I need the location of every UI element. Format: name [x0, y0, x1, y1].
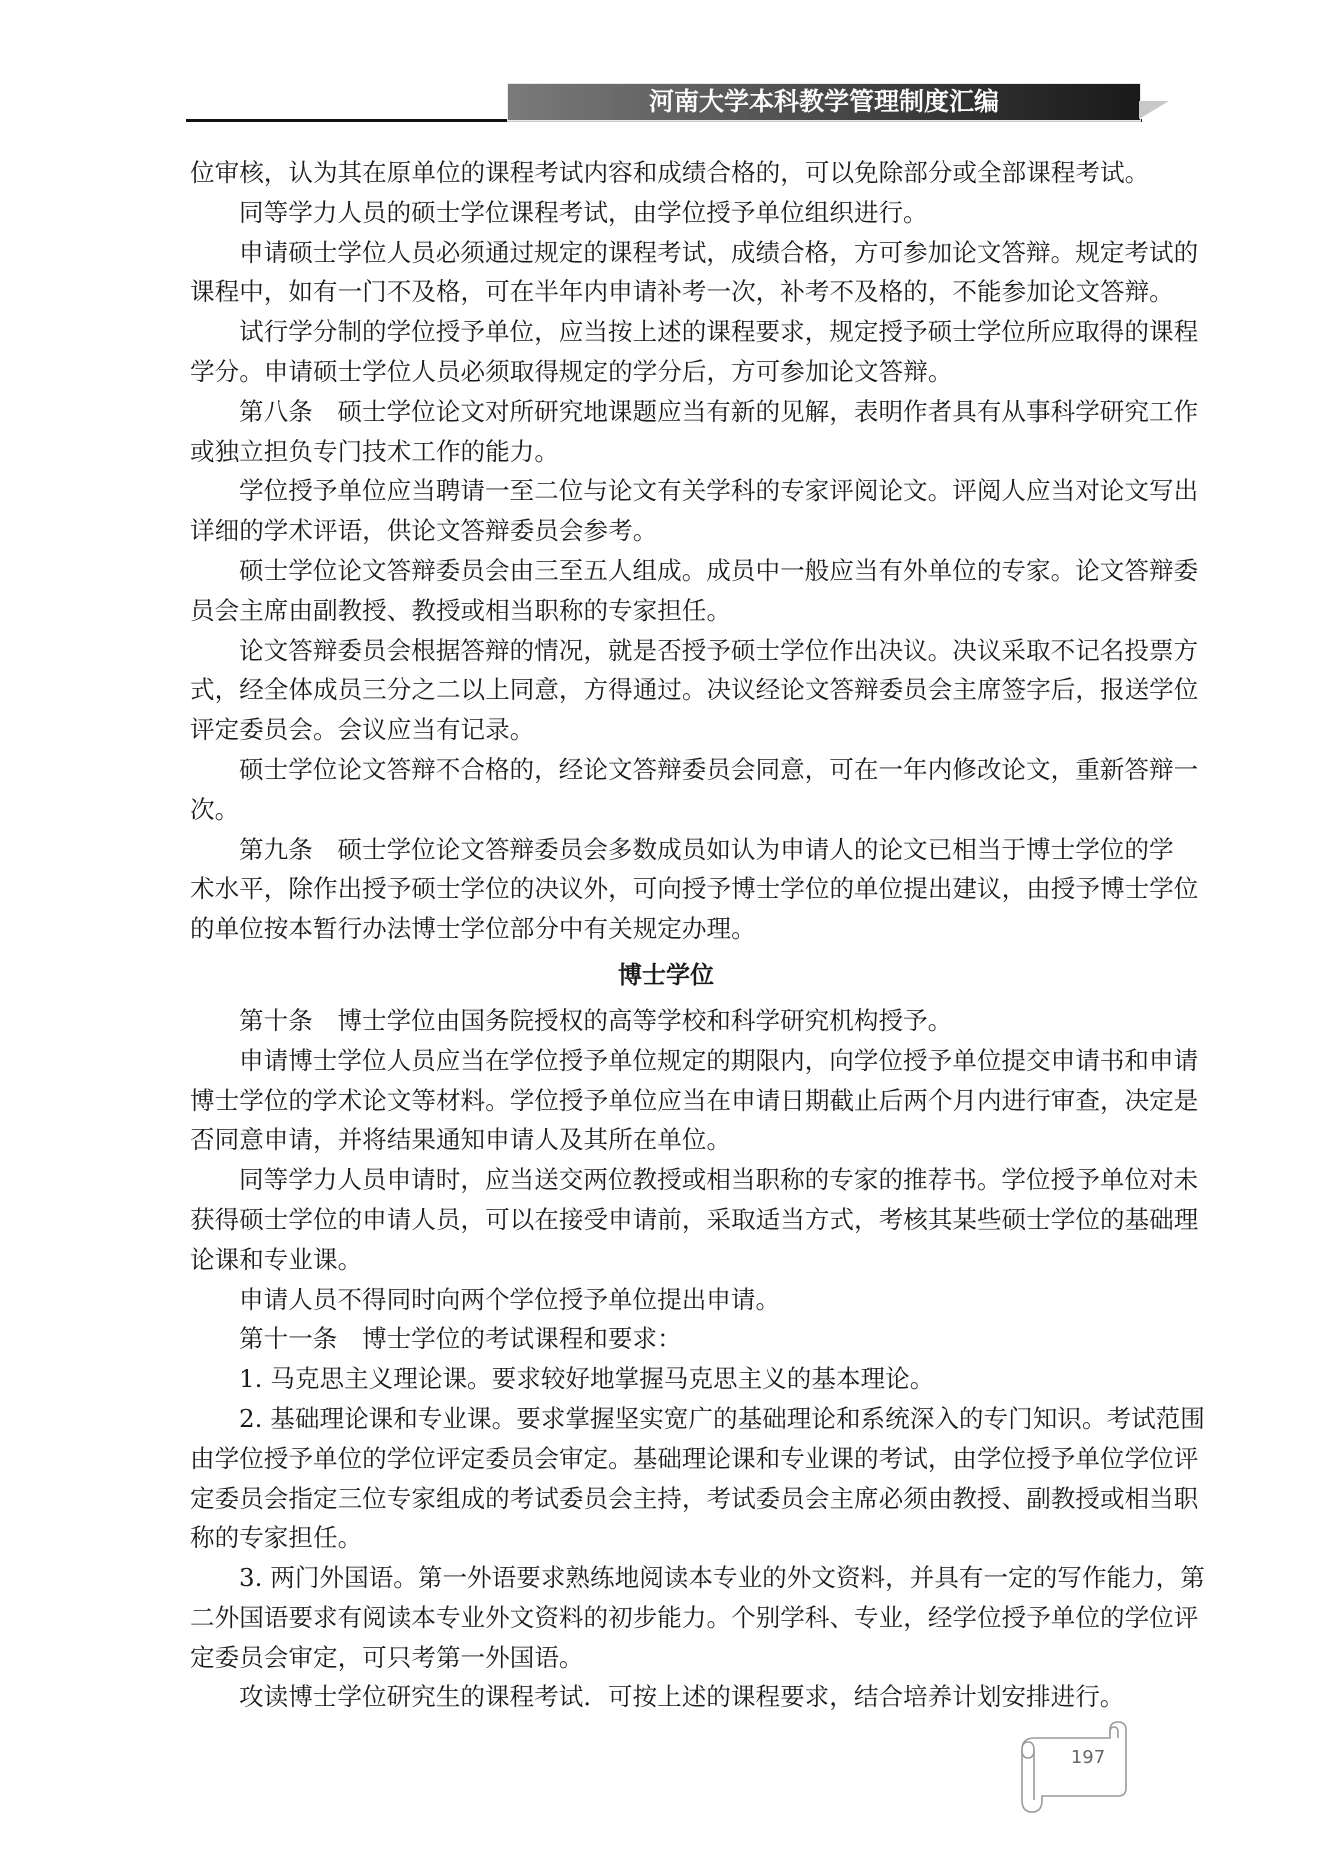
paragraph-line: 的单位按本暂行办法博士学位部分中有关规定办理。	[190, 909, 1144, 949]
paragraph-line: 次。	[190, 790, 1144, 830]
paragraph-line: 论文答辩委员会根据答辩的情况，就是否授予硕士学位作出决议。决议采取不记名投票方	[190, 631, 1144, 671]
paragraph-line: 硕士学位论文答辩不合格的，经论文答辩委员会同意，可在一年内修改论文，重新答辩一	[190, 750, 1144, 790]
paragraph-line: 术水平，除作出授予硕士学位的决议外，可向授予博士学位的单位提出建议，由授予博士学…	[190, 869, 1144, 909]
page-number: 197	[1046, 1738, 1130, 1778]
paragraph-line: 课程中，如有一门不及格，可在半年内申请补考一次，补考不及格的，不能参加论文答辩。	[190, 272, 1144, 312]
paragraph-line: 评定委员会。会议应当有记录。	[190, 710, 1144, 750]
header-banner: 河南大学本科教学管理制度汇编	[507, 83, 1141, 121]
paragraph-line: 详细的学术评语，供论文答辩委员会参考。	[190, 511, 1144, 551]
paragraph-line: 3. 两门外国语。第一外语要求熟练地阅读本专业的外文资料，并具有一定的写作能力，…	[190, 1558, 1144, 1598]
paragraph-line: 申请博士学位人员应当在学位授予单位规定的期限内，向学位授予单位提交申请书和申请	[190, 1041, 1144, 1081]
document-title: 河南大学本科教学管理制度汇编	[508, 88, 1140, 116]
paragraph-line: 同等学力人员的硕士学位课程考试，由学位授予单位组织进行。	[190, 193, 1144, 233]
paragraph-line: 定委员会审定，可只考第一外国语。	[190, 1638, 1144, 1678]
paragraph-line: 获得硕士学位的申请人员，可以在接受申请前，采取适当方式，考核其某些硕士学位的基础…	[190, 1200, 1144, 1240]
paragraph-line: 申请硕士学位人员必须通过规定的课程考试，成绩合格，方可参加论文答辩。规定考试的	[190, 233, 1144, 273]
banner-fold-icon	[1139, 101, 1169, 119]
paragraph-line: 第九条 硕士学位论文答辩委员会多数成员如认为申请人的论文已相当于博士学位的学	[190, 830, 1144, 870]
paragraph-line: 论课和专业课。	[190, 1240, 1144, 1280]
paragraph-line: 或独立担负专门技术工作的能力。	[190, 432, 1144, 472]
paragraph-line: 学位授予单位应当聘请一至二位与论文有关学科的专家评阅论文。评阅人应当对论文写出	[190, 471, 1144, 511]
paragraph-line: 攻读博士学位研究生的课程考试．可按上述的课程要求，结合培养计划安排进行。	[190, 1677, 1144, 1717]
paragraph-line: 称的专家担任。	[190, 1518, 1144, 1558]
paragraph-line: 试行学分制的学位授予单位，应当按上述的课程要求，规定授予硕士学位所应取得的课程	[190, 312, 1144, 352]
paragraph-line: 二外国语要求有阅读本专业外文资料的初步能力。个别学科、专业，经学位授予单位的学位…	[190, 1598, 1144, 1638]
paragraph-line: 第十条 博士学位由国务院授权的高等学校和科学研究机构授予。	[190, 1001, 1144, 1041]
paragraph-line: 员会主席由副教授、教授或相当职称的专家担任。	[190, 591, 1144, 631]
document-body: 位审核，认为其在原单位的课程考试内容和成绩合格的，可以免除部分或全部课程考试。同…	[190, 153, 1144, 1717]
paragraph-line: 式，经全体成员三分之二以上同意，方得通过。决议经论文答辩委员会主席签字后，报送学…	[190, 670, 1144, 710]
paragraph-line: 硕士学位论文答辩委员会由三至五人组成。成员中一般应当有外单位的专家。论文答辩委	[190, 551, 1144, 591]
paragraph-line: 学分。申请硕士学位人员必须取得规定的学分后，方可参加论文答辩。	[190, 352, 1144, 392]
paragraph-line: 2. 基础理论课和专业课。要求掌握坚实宽广的基础理论和系统深入的专门知识。考试范…	[190, 1399, 1144, 1439]
paragraph-line: 申请人员不得同时向两个学位授予单位提出申请。	[190, 1280, 1144, 1320]
paragraph-line: 由学位授予单位的学位评定委员会审定。基础理论课和专业课的考试，由学位授予单位学位…	[190, 1439, 1144, 1479]
paragraph-line: 1. 马克思主义理论课。要求较好地掌握马克思主义的基本理论。	[190, 1359, 1144, 1399]
section-heading: 博士学位	[188, 949, 1144, 1001]
paragraph-line: 同等学力人员申请时，应当送交两位教授或相当职称的专家的推荐书。学位授予单位对未	[190, 1160, 1144, 1200]
paragraph-line: 否同意申请，并将结果通知申请人及其所在单位。	[190, 1120, 1144, 1160]
paragraph-line: 第八条 硕士学位论文对所研究地课题应当有新的见解，表明作者具有从事科学研究工作	[190, 392, 1144, 432]
paragraph-line: 定委员会指定三位专家组成的考试委员会主持，考试委员会主席必须由教授、副教授或相当…	[190, 1479, 1144, 1519]
paragraph-line: 博士学位的学术论文等材料。学位授予单位应当在申请日期截止后两个月内进行审查，决定…	[190, 1081, 1144, 1121]
paragraph-line: 第十一条 博士学位的考试课程和要求：	[190, 1319, 1144, 1359]
paragraph-line: 位审核，认为其在原单位的课程考试内容和成绩合格的，可以免除部分或全部课程考试。	[190, 153, 1144, 193]
